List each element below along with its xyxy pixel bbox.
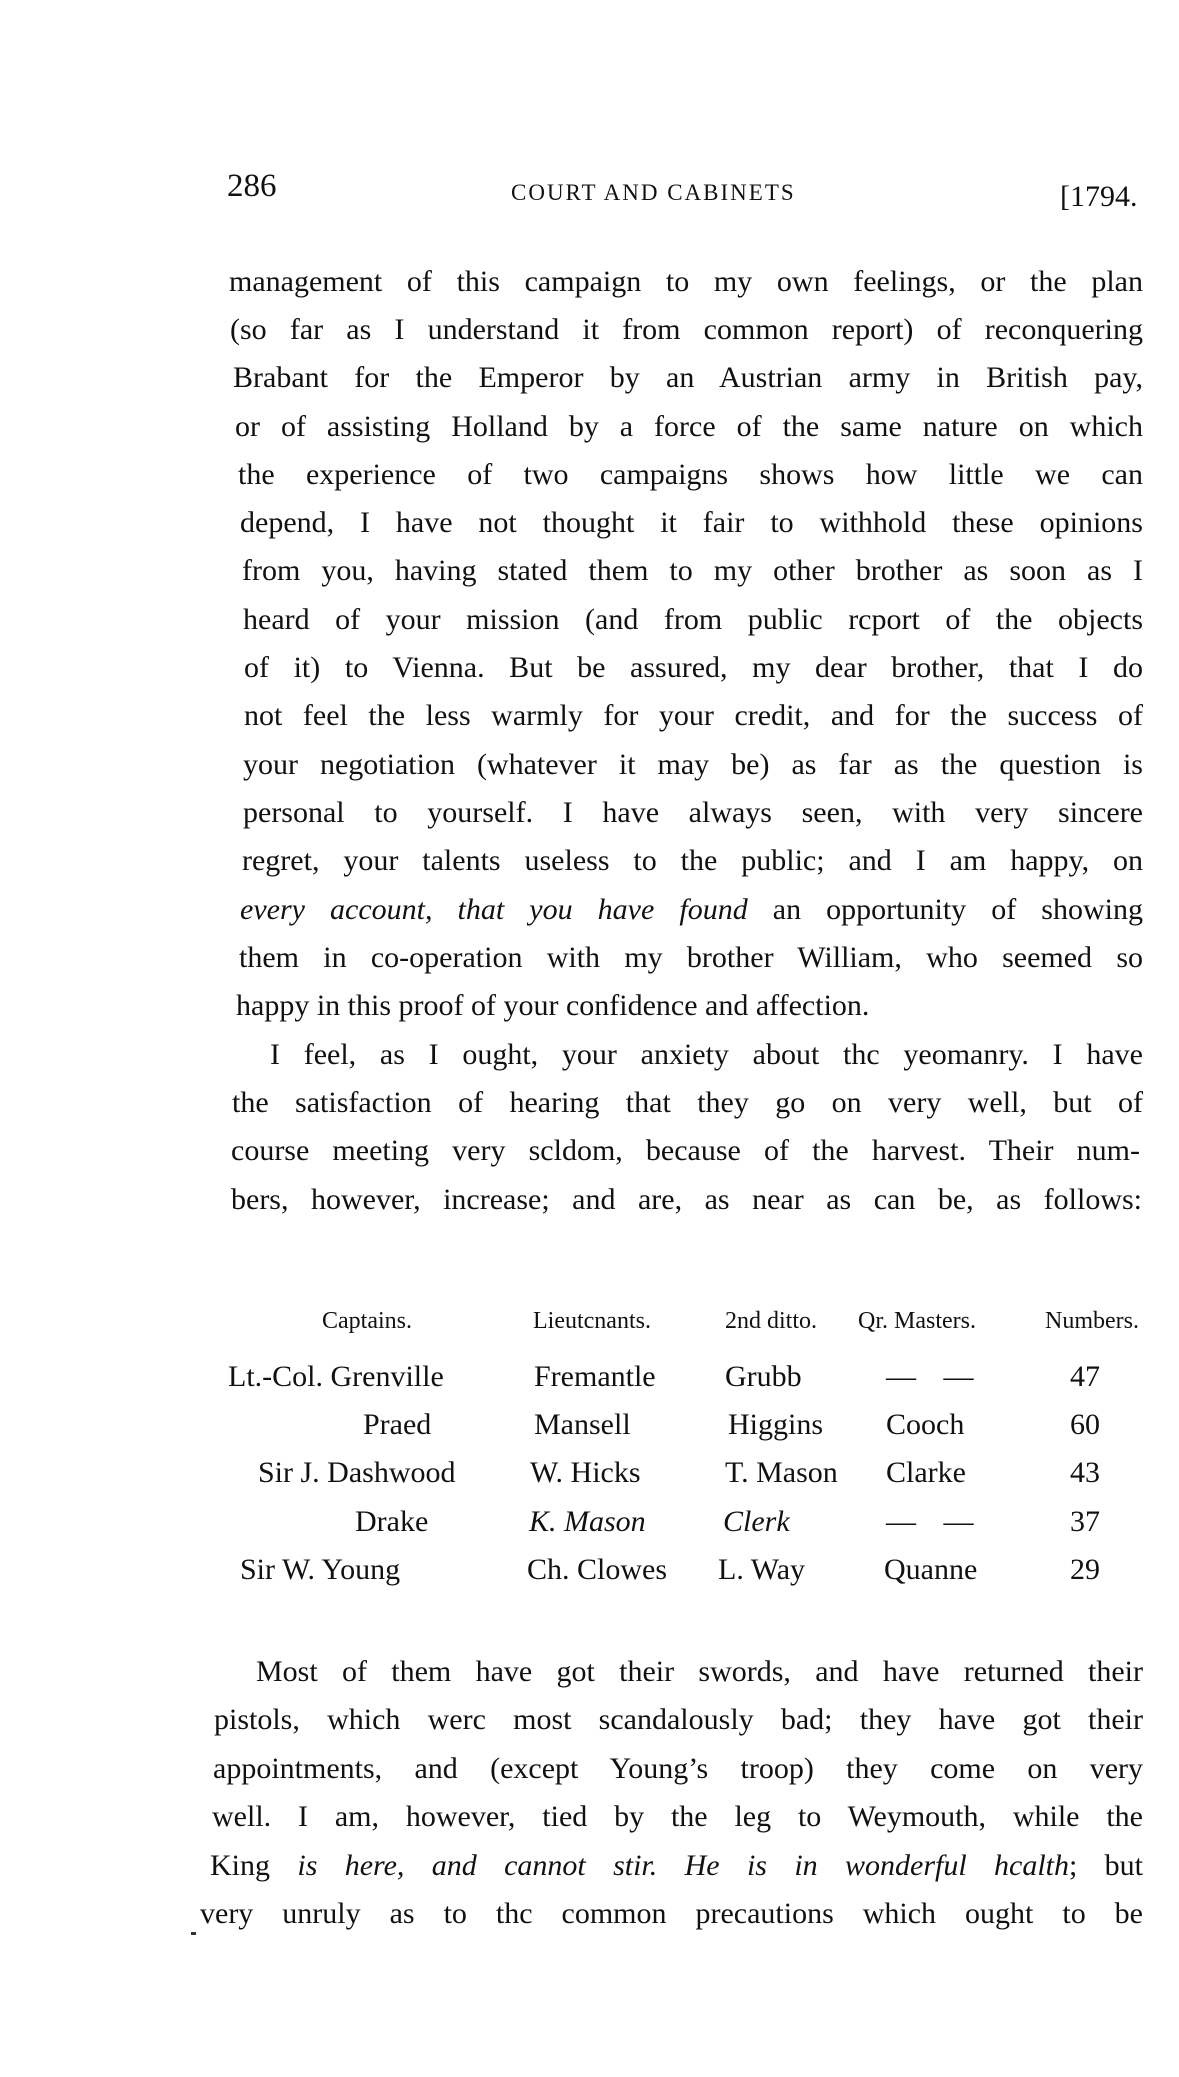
cell-lieutenant: Mansell bbox=[534, 1408, 631, 1442]
text-line: Most of them have got their swords, and … bbox=[256, 1652, 1143, 1692]
text-line: of it) to Vienna. But be assured, my dea… bbox=[244, 648, 1143, 688]
cell-second: T. Mason bbox=[725, 1456, 838, 1490]
cell-captain: Praed bbox=[363, 1408, 431, 1442]
text-line: regret, your talents useless to the publ… bbox=[242, 841, 1143, 881]
text-line: the satisfaction of hearing that they go… bbox=[232, 1083, 1143, 1123]
cell-captain: Drake bbox=[355, 1505, 428, 1539]
cell-qr-master: Cooch bbox=[886, 1408, 964, 1442]
text-line: Brabant for the Emperor by an Austrian a… bbox=[233, 358, 1143, 398]
text-line: the experience of two campaigns shows ho… bbox=[238, 455, 1143, 495]
text-line: depend, I have not thought it fair to wi… bbox=[240, 503, 1143, 543]
cell-second: Grubb bbox=[725, 1360, 802, 1394]
text-line: personal to yourself. I have always seen… bbox=[243, 793, 1143, 833]
text-line: not feel the less warmly for your credit… bbox=[244, 696, 1143, 736]
text-line: bers, however, increase; and are, as nea… bbox=[231, 1180, 1142, 1220]
text-line: heard of your mission (and from public r… bbox=[243, 600, 1143, 640]
running-title: COURT AND CABINETS bbox=[511, 180, 796, 206]
cell-captain: Lt.-Col. Grenville bbox=[228, 1360, 444, 1394]
column-header-second-ditto: 2nd ditto. bbox=[725, 1308, 817, 1335]
scan-mark bbox=[191, 1932, 196, 1935]
text-line: management of this campaign to my own fe… bbox=[229, 262, 1143, 302]
text-line: I feel, as I ought, your anxiety about t… bbox=[270, 1035, 1143, 1075]
cell-number: 29 bbox=[1070, 1553, 1100, 1587]
cell-qr-master: — — bbox=[886, 1360, 984, 1394]
running-year: [1794. bbox=[1060, 180, 1138, 214]
page-number: 286 bbox=[227, 168, 277, 205]
text-line: very unruly as to thc common precautions… bbox=[200, 1894, 1143, 1934]
text-line: them in co-operation with my brother Wil… bbox=[239, 938, 1143, 978]
text-line: from you, having stated them to my other… bbox=[242, 551, 1143, 591]
cell-number: 47 bbox=[1070, 1360, 1100, 1394]
book-page: 286 COURT AND CABINETS [1794. management… bbox=[0, 0, 1179, 2077]
text-line: or of assisting Holland by a force of th… bbox=[235, 407, 1143, 447]
text-line: pistols, which werc most scandalously ba… bbox=[214, 1700, 1143, 1740]
cell-number: 60 bbox=[1070, 1408, 1100, 1442]
column-header-numbers: Numbers. bbox=[1045, 1308, 1139, 1335]
cell-second: L. Way bbox=[718, 1553, 805, 1587]
text-line: (so far as I understand it from common r… bbox=[230, 310, 1143, 350]
column-header-captains: Captains. bbox=[322, 1308, 412, 1335]
column-header-qr-masters: Qr. Masters. bbox=[858, 1308, 976, 1335]
text-line: happy in this proof of your confidence a… bbox=[236, 986, 1143, 1026]
text-line: every account, that you have found an op… bbox=[240, 890, 1143, 930]
cell-lieutenant: K. Mason bbox=[529, 1505, 646, 1539]
cell-second: Higgins bbox=[728, 1408, 823, 1442]
cell-lieutenant: W. Hicks bbox=[530, 1456, 641, 1490]
text-line: King is here, and cannot stir. He is in … bbox=[210, 1846, 1143, 1886]
cell-captain: Sir J. Dashwood bbox=[258, 1456, 456, 1490]
cell-lieutenant: Ch. Clowes bbox=[527, 1553, 667, 1587]
cell-qr-master: Quanne bbox=[884, 1553, 977, 1587]
text-line: course meeting very scldom, because of t… bbox=[231, 1131, 1140, 1171]
cell-second: Clerk bbox=[723, 1505, 790, 1539]
cell-lieutenant: Fremantle bbox=[534, 1360, 656, 1394]
column-header-lieutenants: Lieutcnants. bbox=[533, 1308, 651, 1335]
running-head: 286 COURT AND CABINETS [1794. bbox=[0, 168, 1179, 208]
text-line: appointments, and (except Young’s troop)… bbox=[213, 1749, 1143, 1789]
cell-qr-master: Clarke bbox=[886, 1456, 966, 1490]
text-line: your negotiation (whatever it may be) as… bbox=[243, 745, 1143, 785]
cell-qr-master: — — bbox=[886, 1505, 984, 1539]
cell-number: 43 bbox=[1070, 1456, 1100, 1490]
text-line: well. I am, however, tied by the leg to … bbox=[212, 1797, 1143, 1837]
cell-number: 37 bbox=[1070, 1505, 1100, 1539]
cell-captain: Sir W. Young bbox=[240, 1553, 400, 1587]
